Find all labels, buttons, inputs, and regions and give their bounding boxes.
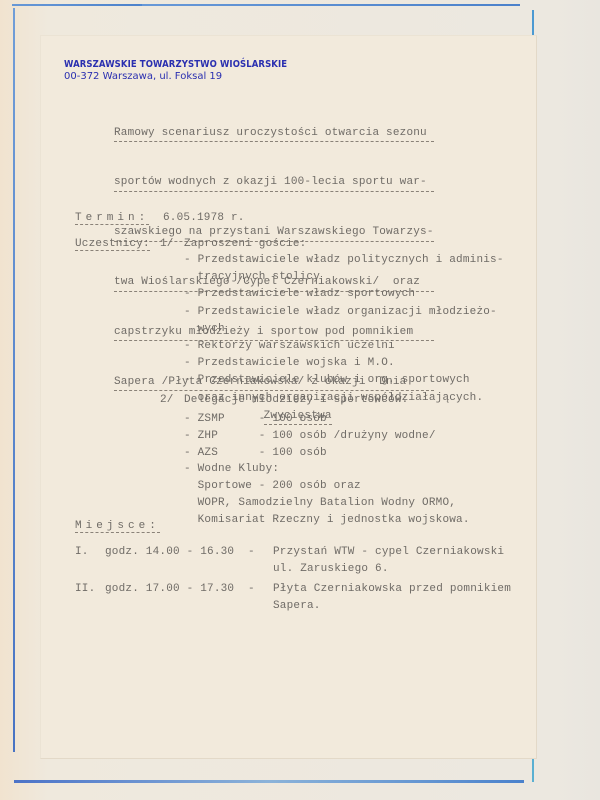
title-line: sportów wodnych z okazji 100-lecia sport… bbox=[114, 174, 434, 191]
entry-place: ul. Zaruskiego 6. bbox=[273, 563, 389, 575]
miejsce-label: Miejsce: bbox=[75, 520, 160, 532]
list-item: - Przedstawiciele władz sportowych bbox=[184, 286, 504, 303]
entry-number: I. bbox=[75, 546, 89, 558]
pen-frame-bottom bbox=[14, 780, 524, 783]
list-item: Sportowe - 200 osób oraz bbox=[184, 478, 470, 495]
list-item: wych bbox=[184, 321, 504, 338]
stamp-organization: WARSZAWSKIE TOWARZYSTWO WIOŚLARSKIE bbox=[64, 60, 287, 71]
entry-time: godz. 14.00 - 16.30 bbox=[105, 546, 234, 558]
list-item: - Przedstawiciele władz politycznych i a… bbox=[184, 252, 504, 269]
group-heading: Zaproszeni goście: bbox=[184, 238, 306, 250]
letterhead-stamp: WARSZAWSKIE TOWARZYSTWO WIOŚLARSKIE 00-3… bbox=[64, 60, 287, 82]
termin-label: Termin: bbox=[75, 212, 149, 224]
uczestnicy-label: Uczestnicy: bbox=[75, 238, 150, 250]
entry-time: godz. 17.00 - 17.30 bbox=[105, 583, 234, 595]
pen-frame-top bbox=[140, 4, 520, 6]
entry-number: II. bbox=[75, 583, 95, 595]
list-item: - Rektorzy warszawskich uczelni bbox=[184, 338, 504, 355]
list-item: - Wodne Kluby: bbox=[184, 461, 470, 478]
list-item: tracyjnych stolicy bbox=[184, 269, 504, 286]
list-item: Komisariat Rzeczny i jednostka wojskowa. bbox=[184, 512, 470, 529]
list-item: - Przedstawiciele klubów i org. sportowy… bbox=[184, 372, 504, 389]
list-item: - ZHP - 100 osób /drużyny wodne/ bbox=[184, 428, 470, 445]
group-1-items: - Przedstawiciele władz politycznych i a… bbox=[184, 252, 504, 407]
group-2-items: - ZSMP - 100 osób- ZHP - 100 osób /druży… bbox=[184, 411, 470, 529]
group-heading: Delegacje młodzieży i sportowców: bbox=[184, 394, 408, 406]
stamp-address: 00-372 Warszawa, ul. Foksal 19 bbox=[64, 71, 287, 82]
group-number: 2/ bbox=[160, 394, 174, 406]
list-item: - Przedstawiciele wojska i M.O. bbox=[184, 355, 504, 372]
group-number: 1/ bbox=[160, 238, 174, 250]
entry-place: Przystań WTW - cypel Czerniakowski bbox=[273, 546, 504, 558]
entry-place: Płyta Czerniakowska przed pomnikiem bbox=[273, 583, 511, 595]
entry-place: Sapera. bbox=[273, 600, 321, 612]
list-item: - Przedstawiciele władz organizacji młod… bbox=[184, 304, 504, 321]
entry-dash: - bbox=[248, 583, 255, 595]
entry-dash: - bbox=[248, 546, 255, 558]
list-item: WOPR, Samodzielny Batalion Wodny ORMO, bbox=[184, 495, 470, 512]
pen-frame-top bbox=[12, 4, 142, 6]
title-line: Ramowy scenariusz uroczystości otwarcia … bbox=[114, 125, 434, 142]
list-item: - ZSMP - 100 osób bbox=[184, 411, 470, 428]
termin-value: 6.05.1978 r. bbox=[163, 212, 245, 224]
pen-frame-left bbox=[13, 8, 15, 752]
list-item: - AZS - 100 osób bbox=[184, 445, 470, 462]
